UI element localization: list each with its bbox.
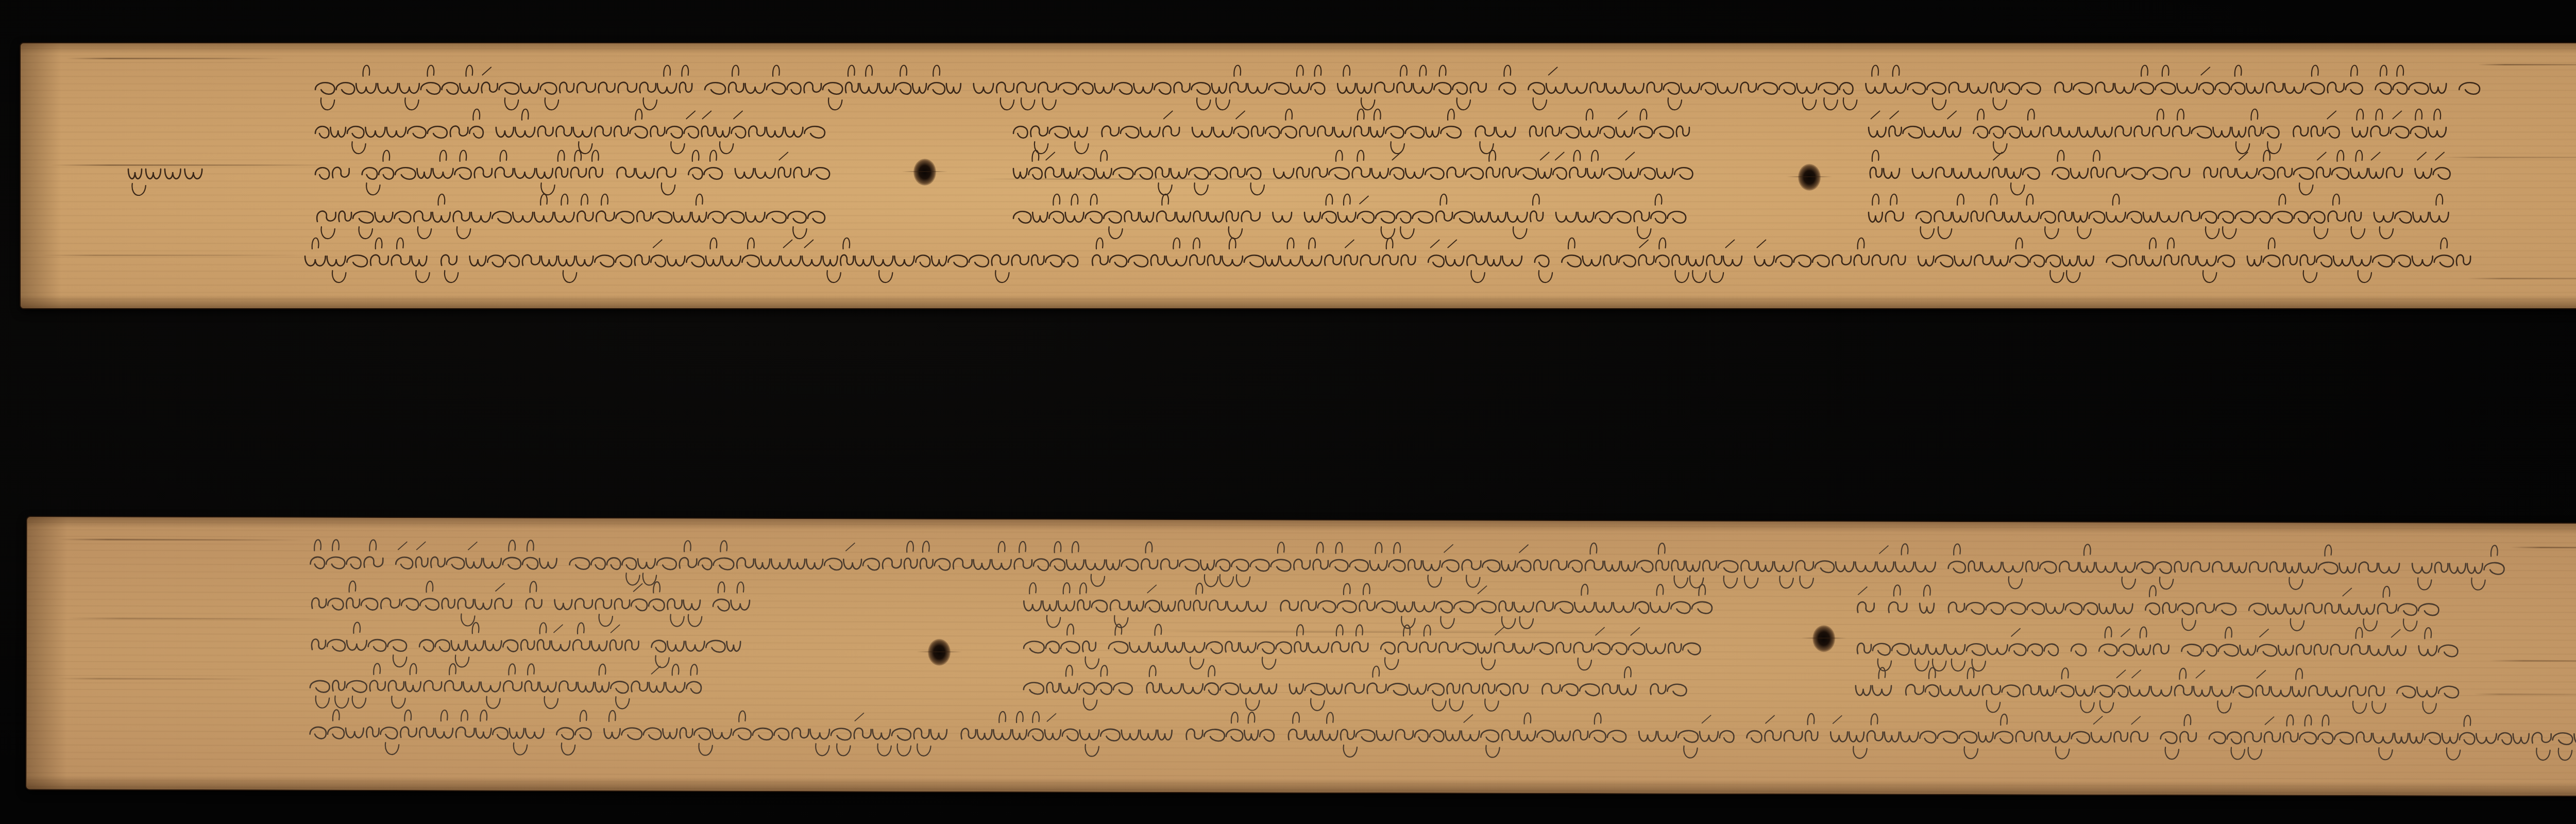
handwritten-script-strokes [1023, 581, 1708, 629]
script-line-3-block-2: handwritten Tai Tham script line 3 [1012, 149, 1698, 195]
palm-leaf-folio-top: leaf number (Tai Tham numerals, handwrit… [21, 43, 2576, 308]
script-line-4-block-3: handwritten Tai Tham script line 4 [1855, 666, 2460, 714]
handwritten-script-strokes [314, 193, 829, 239]
script-line-3-block-3: handwritten Tai Tham script line 3 [1855, 625, 2463, 672]
script-line-2-block-2: handwritten Tai Tham script line 2 [1012, 108, 1692, 154]
script-line-4-block-2: handwritten Tai Tham script line 4 [1012, 193, 1687, 239]
handwritten-script-strokes [309, 662, 721, 710]
script-line-4-block-3: handwritten Tai Tham script line 4 [1868, 193, 2458, 239]
handwritten-script-strokes [1012, 149, 1698, 195]
handwritten-script-strokes [309, 621, 757, 668]
script-line-3-block-2: handwritten Tai Tham script line 3 [1023, 623, 1703, 670]
handwritten-script-strokes [309, 580, 752, 627]
handwritten-script-strokes [1023, 623, 1703, 670]
handwritten-script-strokes [1012, 108, 1692, 154]
script-line-2-block-3: handwritten Tai Tham script line 2 [1868, 108, 2455, 154]
handwritten-script-strokes [1868, 149, 2455, 195]
palm-leaf-folio-bottom: handwritten Tai Tham script line 1handwr… [26, 517, 2576, 796]
script-line-2-block-2: handwritten Tai Tham script line 2 [1023, 581, 1708, 629]
script-line-5: handwritten Tai Tham script line 5 [309, 709, 2576, 761]
handwritten-script-strokes [309, 709, 2576, 761]
script-line-2-block-3: handwritten Tai Tham script line 2 [1855, 583, 2463, 631]
handwritten-script-strokes [1855, 625, 2463, 672]
handwritten-script-strokes [314, 64, 2476, 110]
script-line-3-block-3: handwritten Tai Tham script line 3 [1868, 149, 2455, 195]
script-line-2-block-1: handwritten Tai Tham script line 2 [314, 108, 835, 154]
text-lines: handwritten Tai Tham script line 1handwr… [21, 43, 2576, 308]
script-line-4-block-2: handwritten Tai Tham script line 4 [1023, 664, 1692, 712]
script-line-5: handwritten Tai Tham script line 5 [304, 237, 2483, 283]
handwritten-script-strokes [1855, 583, 2463, 631]
string-hole [1812, 625, 1835, 652]
script-line-3-block-1: handwritten Tai Tham script line 3 [309, 621, 757, 668]
script-line-4-block-1: handwritten Tai Tham script line 4 [309, 662, 721, 710]
handwritten-script-strokes [1868, 108, 2455, 154]
script-line-1: handwritten Tai Tham script line 1 [314, 64, 2476, 110]
handwritten-script-strokes [1868, 193, 2458, 239]
handwritten-script-strokes [1012, 193, 1687, 239]
script-line-3-block-1: handwritten Tai Tham script line 3 [314, 149, 829, 195]
handwritten-script-strokes [314, 149, 829, 195]
string-hole [1798, 164, 1821, 191]
text-lines: handwritten Tai Tham script line 1handwr… [26, 517, 2576, 796]
script-line-4-block-1: handwritten Tai Tham script line 4 [314, 193, 829, 239]
handwritten-script-strokes [314, 108, 835, 154]
handwritten-script-strokes [1023, 664, 1692, 712]
handwritten-script-strokes [1855, 666, 2460, 714]
script-line-2-block-1: handwritten Tai Tham script line 2 [309, 580, 752, 627]
handwritten-script-strokes [304, 237, 2483, 283]
string-hole [928, 639, 951, 666]
string-hole [913, 159, 936, 186]
